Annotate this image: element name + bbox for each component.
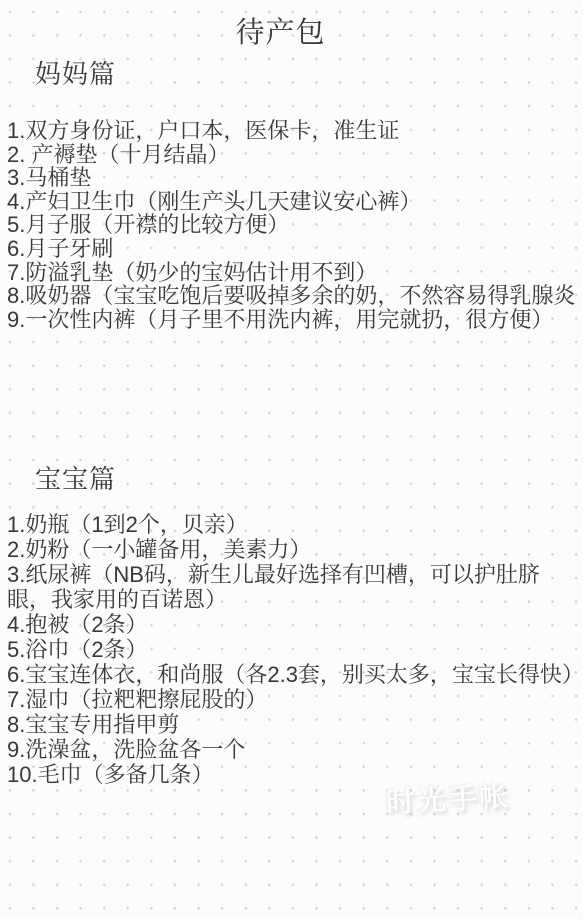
list-item: 4.产妇卫生巾（刚生产头几天建议安心裤） — [7, 190, 579, 214]
app-watermark: 时光手帐 — [385, 774, 511, 821]
baby-checklist: 1.奶瓶（1到2个，贝亲）2.奶粉（一小罐备用，美素力）3.纸尿裤（NB码，新生… — [7, 512, 579, 787]
mama-checklist: 1.双方身份证，户口本，医保卡，准生证2. 产褥垫（十月结晶）3.马桶垫4.产妇… — [7, 119, 579, 331]
list-item: 6.月子牙刷 — [7, 237, 579, 261]
list-item: 3.马桶垫 — [7, 166, 579, 190]
list-item: 1.奶瓶（1到2个，贝亲） — [7, 512, 579, 537]
list-item: 2. 产褥垫（十月结晶） — [7, 143, 579, 167]
list-item: 9.一次性内裤（月子里不用洗内裤，用完就扔，很方便） — [7, 308, 579, 332]
section-heading-baby: 宝宝篇 — [35, 464, 116, 494]
list-item: 8.吸奶器（宝宝吃饱后要吸掉多余的奶，不然容易得乳腺炎 — [7, 284, 579, 308]
list-item: 7.防溢乳垫（奶少的宝妈估计用不到） — [7, 261, 579, 285]
list-item: 3.纸尿裤（NB码，新生儿最好选择有凹槽，可以护肚脐眼，我家用的百诺恩） — [7, 562, 579, 612]
list-item: 6.宝宝连体衣，和尚服（各2.3套，别买太多，宝宝长得快） — [7, 662, 579, 687]
list-item: 8.宝宝专用指甲剪 — [7, 712, 579, 737]
page-title: 待产包 — [0, 16, 561, 50]
list-item: 4.抱被（2条） — [7, 612, 579, 637]
list-item: 2.奶粉（一小罐备用，美素力） — [7, 537, 579, 562]
note-page: 待产包 妈妈篇 1.双方身份证，户口本，医保卡，准生证2. 产褥垫（十月结晶）3… — [0, 0, 583, 919]
list-item: 1.双方身份证，户口本，医保卡，准生证 — [7, 119, 579, 143]
list-item: 9.洗澡盆，洗脸盆各一个 — [7, 737, 579, 762]
section-heading-mama: 妈妈篇 — [35, 59, 116, 89]
list-item: 5.浴巾（2条） — [7, 637, 579, 662]
list-item: 7.湿巾（拉粑粑擦屁股的） — [7, 687, 579, 712]
list-item: 5.月子服（开襟的比较方便） — [7, 213, 579, 237]
